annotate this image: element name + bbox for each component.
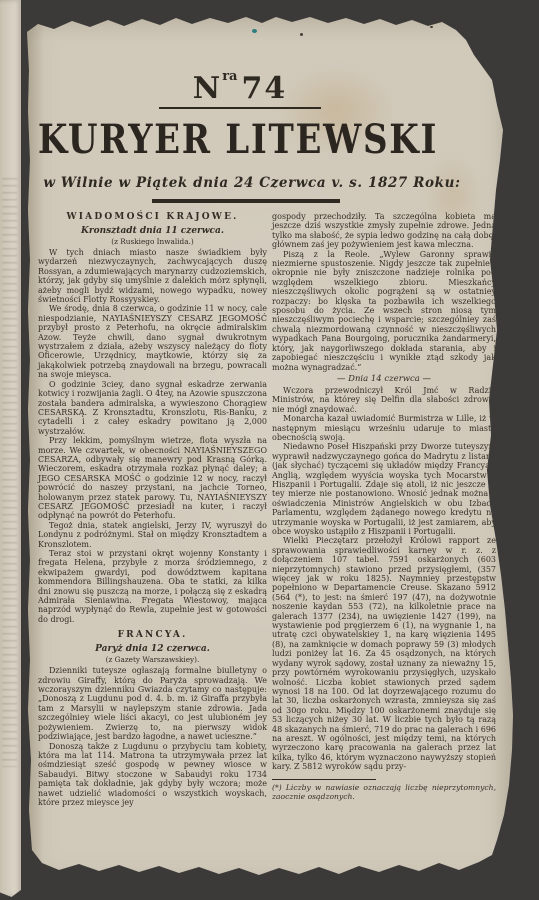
issue-digits: 74	[241, 71, 287, 106]
ink-speck	[430, 26, 433, 28]
article-source-kronsztadt: (z Ruskiego Inwalida.)	[38, 237, 267, 246]
masthead: Nra74 KURYER LITEWSKI w Wilnie w Piątek …	[24, 62, 516, 203]
masthead-dateline: w Wilnie w Piątek dnia 24 Czerwca v. s. …	[6, 175, 498, 191]
ink-speck	[300, 33, 303, 36]
column-right: gospody przechodziły. Ta szczególna kobi…	[272, 212, 496, 801]
section-heading-krajowe: WIADOMOŚCI KRAJOWE.	[38, 212, 267, 223]
article-paragraph: Przy lekkim, pomyślnym wietrze, flota wy…	[38, 436, 267, 521]
article-source-paryz: (z Gazety Warszawskiey).	[38, 655, 267, 664]
scan-background: Nra74 KURYER LITEWSKI w Wilnie w Piątek …	[0, 0, 539, 900]
adjacent-page-edge	[0, 0, 21, 897]
article-paragraph: Wielki Pieczętarz przełożył Królowi rapp…	[272, 536, 496, 771]
masthead-rule-thick	[152, 199, 340, 203]
article-paragraph: Donoszą także z Lugdunu o przybyciu tam …	[38, 742, 267, 808]
article-dateline-kronsztadt: Kronsztadt dnia 11 czerwca.	[38, 226, 267, 237]
masthead-rule-thin	[159, 107, 321, 109]
footnote-rule	[272, 779, 376, 780]
date-divider: — Dnia 14 czerwca —	[272, 373, 496, 385]
article-paragraph: Piszą z la Reole. „Wylew Garonny sprawia…	[272, 250, 496, 372]
article-paragraph: Wczora przewodniczył Król Jmć w Radzie M…	[272, 386, 496, 414]
footnote: (*) Liczby w nawiasie oznaczają liczbę n…	[272, 783, 496, 801]
column-left: WIADOMOŚCI KRAJOWE. Kronsztadt dnia 11 c…	[38, 212, 267, 807]
article-paragraph: Tegoż dnia, statek angielski, Jerzy IV, …	[38, 521, 267, 549]
issue-superscript: ra	[222, 69, 237, 84]
issue-number: Nra74	[0, 62, 486, 104]
ink-speck	[252, 29, 257, 33]
article-paragraph: Teraz stoi w przystani okręt wojenny Kon…	[38, 549, 267, 624]
article-paragraph: O godzinie 3ciey, dano sygnał eskadrze z…	[38, 380, 267, 436]
article-paragraph: gospody przechodziły. Ta szczególna kobi…	[272, 212, 496, 250]
article-paragraph: We środę, dnia 8 czerwca, o godzinie 11 …	[38, 304, 267, 379]
masthead-title: KURYER LITEWSKI	[29, 118, 447, 162]
issue-prefix: N	[193, 71, 222, 106]
adjacent-page-text-lines	[2, 178, 17, 767]
article-paragraph: W tych dniach miasto nasze świadkiem był…	[38, 248, 267, 304]
newspaper-page: Nra74 KURYER LITEWSKI w Wilnie w Piątek …	[24, 10, 516, 888]
article-dateline-paryz: Paryż dnia 12 czerwca.	[38, 644, 267, 655]
article-paragraph: Monarcha kazał uwiadomić Burmistrza w Li…	[272, 414, 496, 442]
section-heading-francya: FRANCYA.	[38, 630, 267, 641]
article-paragraph: Dzienniki tuteysze ogłaszają formalne bi…	[38, 666, 267, 741]
article-paragraph: Niedawno Poseł Hiszpański przy Dworze tu…	[272, 442, 496, 536]
